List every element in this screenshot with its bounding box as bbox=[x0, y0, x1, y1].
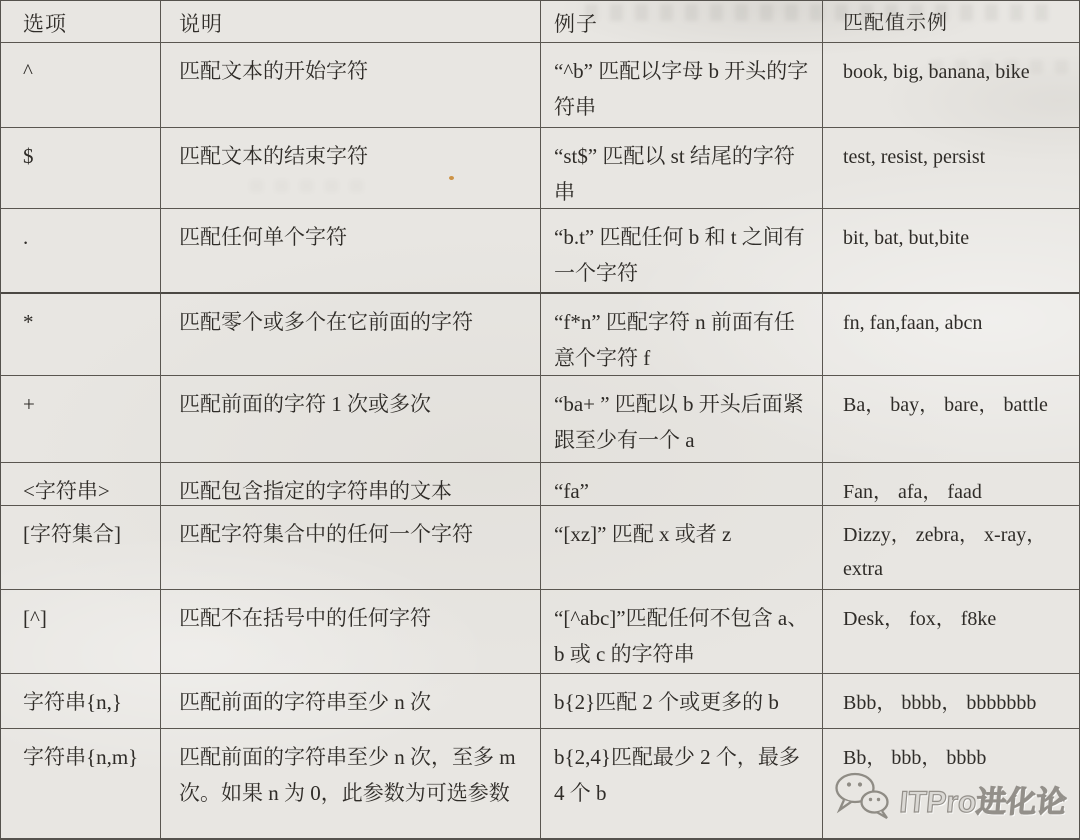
cell-example: “st$” 匹配以 st 结尾的字符串 bbox=[541, 128, 823, 209]
cell-example: “[xz]” 匹配 x 或者 z bbox=[541, 506, 823, 590]
cell-option: [^] bbox=[1, 590, 161, 674]
cell-example: b{2}匹配 2 个或更多的 b bbox=[541, 674, 823, 729]
cell-matches: test, resist, persist bbox=[823, 128, 1079, 209]
cell-example: “b.t” 匹配任何 b 和 t 之间有一个字符 bbox=[541, 209, 823, 294]
cell-option: * bbox=[1, 294, 161, 376]
cell-option: 字符串{n,m} bbox=[1, 729, 161, 838]
cell-description: 匹配零个或多个在它前面的字符 bbox=[161, 294, 541, 376]
cell-matches: Dizzy， zebra， x-ray，extra bbox=[823, 506, 1079, 590]
cell-example: “^b” 匹配以字母 b 开头的字符串 bbox=[541, 43, 823, 128]
cell-matches: Ba， bay， bare， battle bbox=[823, 376, 1079, 463]
cell-example: “fa” bbox=[541, 463, 823, 506]
regex-options-table: 选项 说明 例子 匹配值示例 ^ 匹配文本的开始字符 “^b” 匹配以字母 b … bbox=[0, 0, 1080, 840]
cell-description: 匹配前面的字符串至少 n 次，至多 m 次。如果 n 为 0，此参数为可选参数 bbox=[161, 729, 541, 838]
cell-example: b{2,4}匹配最少 2 个，最多 4 个 b bbox=[541, 729, 823, 838]
cell-option: . bbox=[1, 209, 161, 294]
cell-matches: Fan， afa， faad bbox=[823, 463, 1079, 506]
column-header-matches: 匹配值示例 bbox=[823, 1, 1079, 43]
cell-description: 匹配前面的字符串至少 n 次 bbox=[161, 674, 541, 729]
scanned-page: 选项 说明 例子 匹配值示例 ^ 匹配文本的开始字符 “^b” 匹配以字母 b … bbox=[0, 0, 1080, 840]
column-header-option: 选项 bbox=[1, 1, 161, 43]
cell-description: 匹配前面的字符 1 次或多次 bbox=[161, 376, 541, 463]
cell-description: 匹配文本的结束字符 bbox=[161, 128, 541, 209]
cell-option: <字符串> bbox=[1, 463, 161, 506]
cell-matches: fn, fan,faan, abcn bbox=[823, 294, 1079, 376]
cell-matches: bit, bat, but,bite bbox=[823, 209, 1079, 294]
column-header-example: 例子 bbox=[541, 1, 823, 43]
cell-description: 匹配字符集合中的任何一个字符 bbox=[161, 506, 541, 590]
cell-matches: book, big, banana, bike bbox=[823, 43, 1079, 128]
cell-example: “ba+ ” 匹配以 b 开头后面紧跟至少有一个 a bbox=[541, 376, 823, 463]
cell-option: + bbox=[1, 376, 161, 463]
cell-description: 匹配不在括号中的任何字符 bbox=[161, 590, 541, 674]
cell-option: 字符串{n,} bbox=[1, 674, 161, 729]
cell-example: “f*n” 匹配字符 n 前面有任意个字符 f bbox=[541, 294, 823, 376]
cell-option: [字符集合] bbox=[1, 506, 161, 590]
cell-matches: Bbb， bbbb， bbbbbbb bbox=[823, 674, 1079, 729]
cell-example: “[^abc]”匹配任何不包含 a、b 或 c 的字符串 bbox=[541, 590, 823, 674]
column-header-description: 说明 bbox=[161, 1, 541, 43]
cell-option: ^ bbox=[1, 43, 161, 128]
cell-matches: Desk， fox， f8ke bbox=[823, 590, 1079, 674]
cell-description: 匹配任何单个字符 bbox=[161, 209, 541, 294]
cell-description: 匹配包含指定的字符串的文本 bbox=[161, 463, 541, 506]
cell-matches: Bb， bbb， bbbb bbox=[823, 729, 1079, 838]
cell-description: 匹配文本的开始字符 bbox=[161, 43, 541, 128]
cell-option: $ bbox=[1, 128, 161, 209]
